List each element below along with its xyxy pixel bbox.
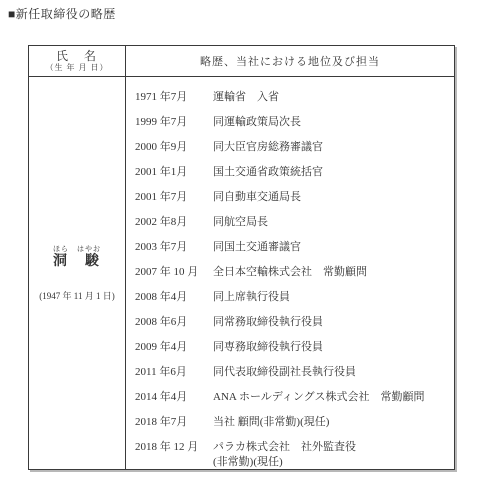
history-date: 2009 年4月 [135, 340, 213, 355]
history-description: 同自動車交通局長 [213, 190, 448, 205]
history-date: 2001 年1月 [135, 165, 213, 180]
history-entry: 2003 年7月 同国土交通審議官 [135, 240, 448, 255]
history-entry: 2009 年4月 同専務取締役執行役員 [135, 340, 448, 355]
history-description: 同常務取締役執行役員 [213, 315, 448, 330]
header-birthdate-label: （生 年 月 日） [46, 63, 109, 73]
history-date: 1999 年7月 [135, 115, 213, 130]
person-name: 洞 駿 [53, 253, 101, 270]
history-description: 同国土交通審議官 [213, 240, 448, 255]
history-date: 2008 年4月 [135, 290, 213, 305]
table-header-row: 氏 名 （生 年 月 日） 略歴、当社における地位及び担当 [29, 46, 454, 77]
history-entry: 2014 年4月 ANA ホールディングス株式会社 常勤顧問 [135, 390, 448, 405]
history-description: 同専務取締役執行役員 [213, 340, 448, 355]
history-description: 当社 顧問(非常勤)(現任) [213, 415, 448, 430]
history-date: 2002 年8月 [135, 215, 213, 230]
history-description: 国土交通省政策統括官 [213, 165, 448, 180]
history-description: 同航空局長 [213, 215, 448, 230]
history-entry: 1999 年7月 同運輸政策局次長 [135, 115, 448, 130]
history-date: 2000 年9月 [135, 140, 213, 155]
history-entry: 2007 年 10 月 全日本空輸株式会社 常勤顧問 [135, 265, 448, 280]
history-entry: 2011 年6月 同代表取締役副社長執行役員 [135, 365, 448, 380]
table-body-row: ほら はやお 洞 駿 (1947 年 11 月 1 日) 1971 年7月 運輸… [29, 77, 454, 469]
history-date: 2003 年7月 [135, 240, 213, 255]
header-history-column: 略歴、当社における地位及び担当 [126, 46, 454, 76]
history-date: 2018 年 12 月 [135, 440, 213, 469]
history-description: 同運輸政策局次長 [213, 115, 448, 130]
document-page: ■新任取締役の略歴 氏 名 （生 年 月 日） 略歴、当社における地位及び担当 … [0, 0, 480, 488]
person-cell: ほら はやお 洞 駿 (1947 年 11 月 1 日) [29, 77, 126, 469]
history-entry: 2018 年 12 月 パラカ株式会社 社外監査役(非常勤)(現任) [135, 440, 448, 469]
history-description: 同大臣官房総務審議官 [213, 140, 448, 155]
history-entry: 2002 年8月 同航空局長 [135, 215, 448, 230]
person-furigana: ほら はやお [53, 245, 101, 253]
history-entry: 2001 年1月 国土交通省政策統括官 [135, 165, 448, 180]
history-date: 1971 年7月 [135, 90, 213, 105]
history-date: 2011 年6月 [135, 365, 213, 380]
history-entry: 2018 年7月 当社 顧問(非常勤)(現任) [135, 415, 448, 430]
history-entry: 2008 年4月 同上席執行役員 [135, 290, 448, 305]
history-date: 2007 年 10 月 [135, 265, 213, 280]
history-description: 同代表取締役副社長執行役員 [213, 365, 448, 380]
history-description: 全日本空輸株式会社 常勤顧問 [213, 265, 448, 280]
history-date: 2001 年7月 [135, 190, 213, 205]
history-description: 運輸省 入省 [213, 90, 448, 105]
history-description: パラカ株式会社 社外監査役(非常勤)(現任) [213, 440, 448, 469]
history-date: 2018 年7月 [135, 415, 213, 430]
history-description: ANA ホールディングス株式会社 常勤顧問 [213, 390, 448, 405]
history-entry: 1971 年7月 運輸省 入省 [135, 90, 448, 105]
header-name-label: 氏 名 [56, 50, 98, 63]
page-title: ■新任取締役の略歴 [8, 5, 116, 22]
career-history-table: 氏 名 （生 年 月 日） 略歴、当社における地位及び担当 ほら はやお 洞 駿… [28, 45, 455, 470]
person-name-block: ほら はやお 洞 駿 [53, 245, 101, 270]
history-entry: 2001 年7月 同自動車交通局長 [135, 190, 448, 205]
history-list: 1971 年7月 運輸省 入省 1999 年7月 同運輸政策局次長 2000 年… [126, 77, 454, 469]
history-entry: 2000 年9月 同大臣官房総務審議官 [135, 140, 448, 155]
header-name-column: 氏 名 （生 年 月 日） [29, 46, 126, 76]
history-date: 2008 年6月 [135, 315, 213, 330]
history-description: 同上席執行役員 [213, 290, 448, 305]
history-entry: 2008 年6月 同常務取締役執行役員 [135, 315, 448, 330]
person-birthdate: (1947 年 11 月 1 日) [39, 291, 114, 302]
history-date: 2014 年4月 [135, 390, 213, 405]
